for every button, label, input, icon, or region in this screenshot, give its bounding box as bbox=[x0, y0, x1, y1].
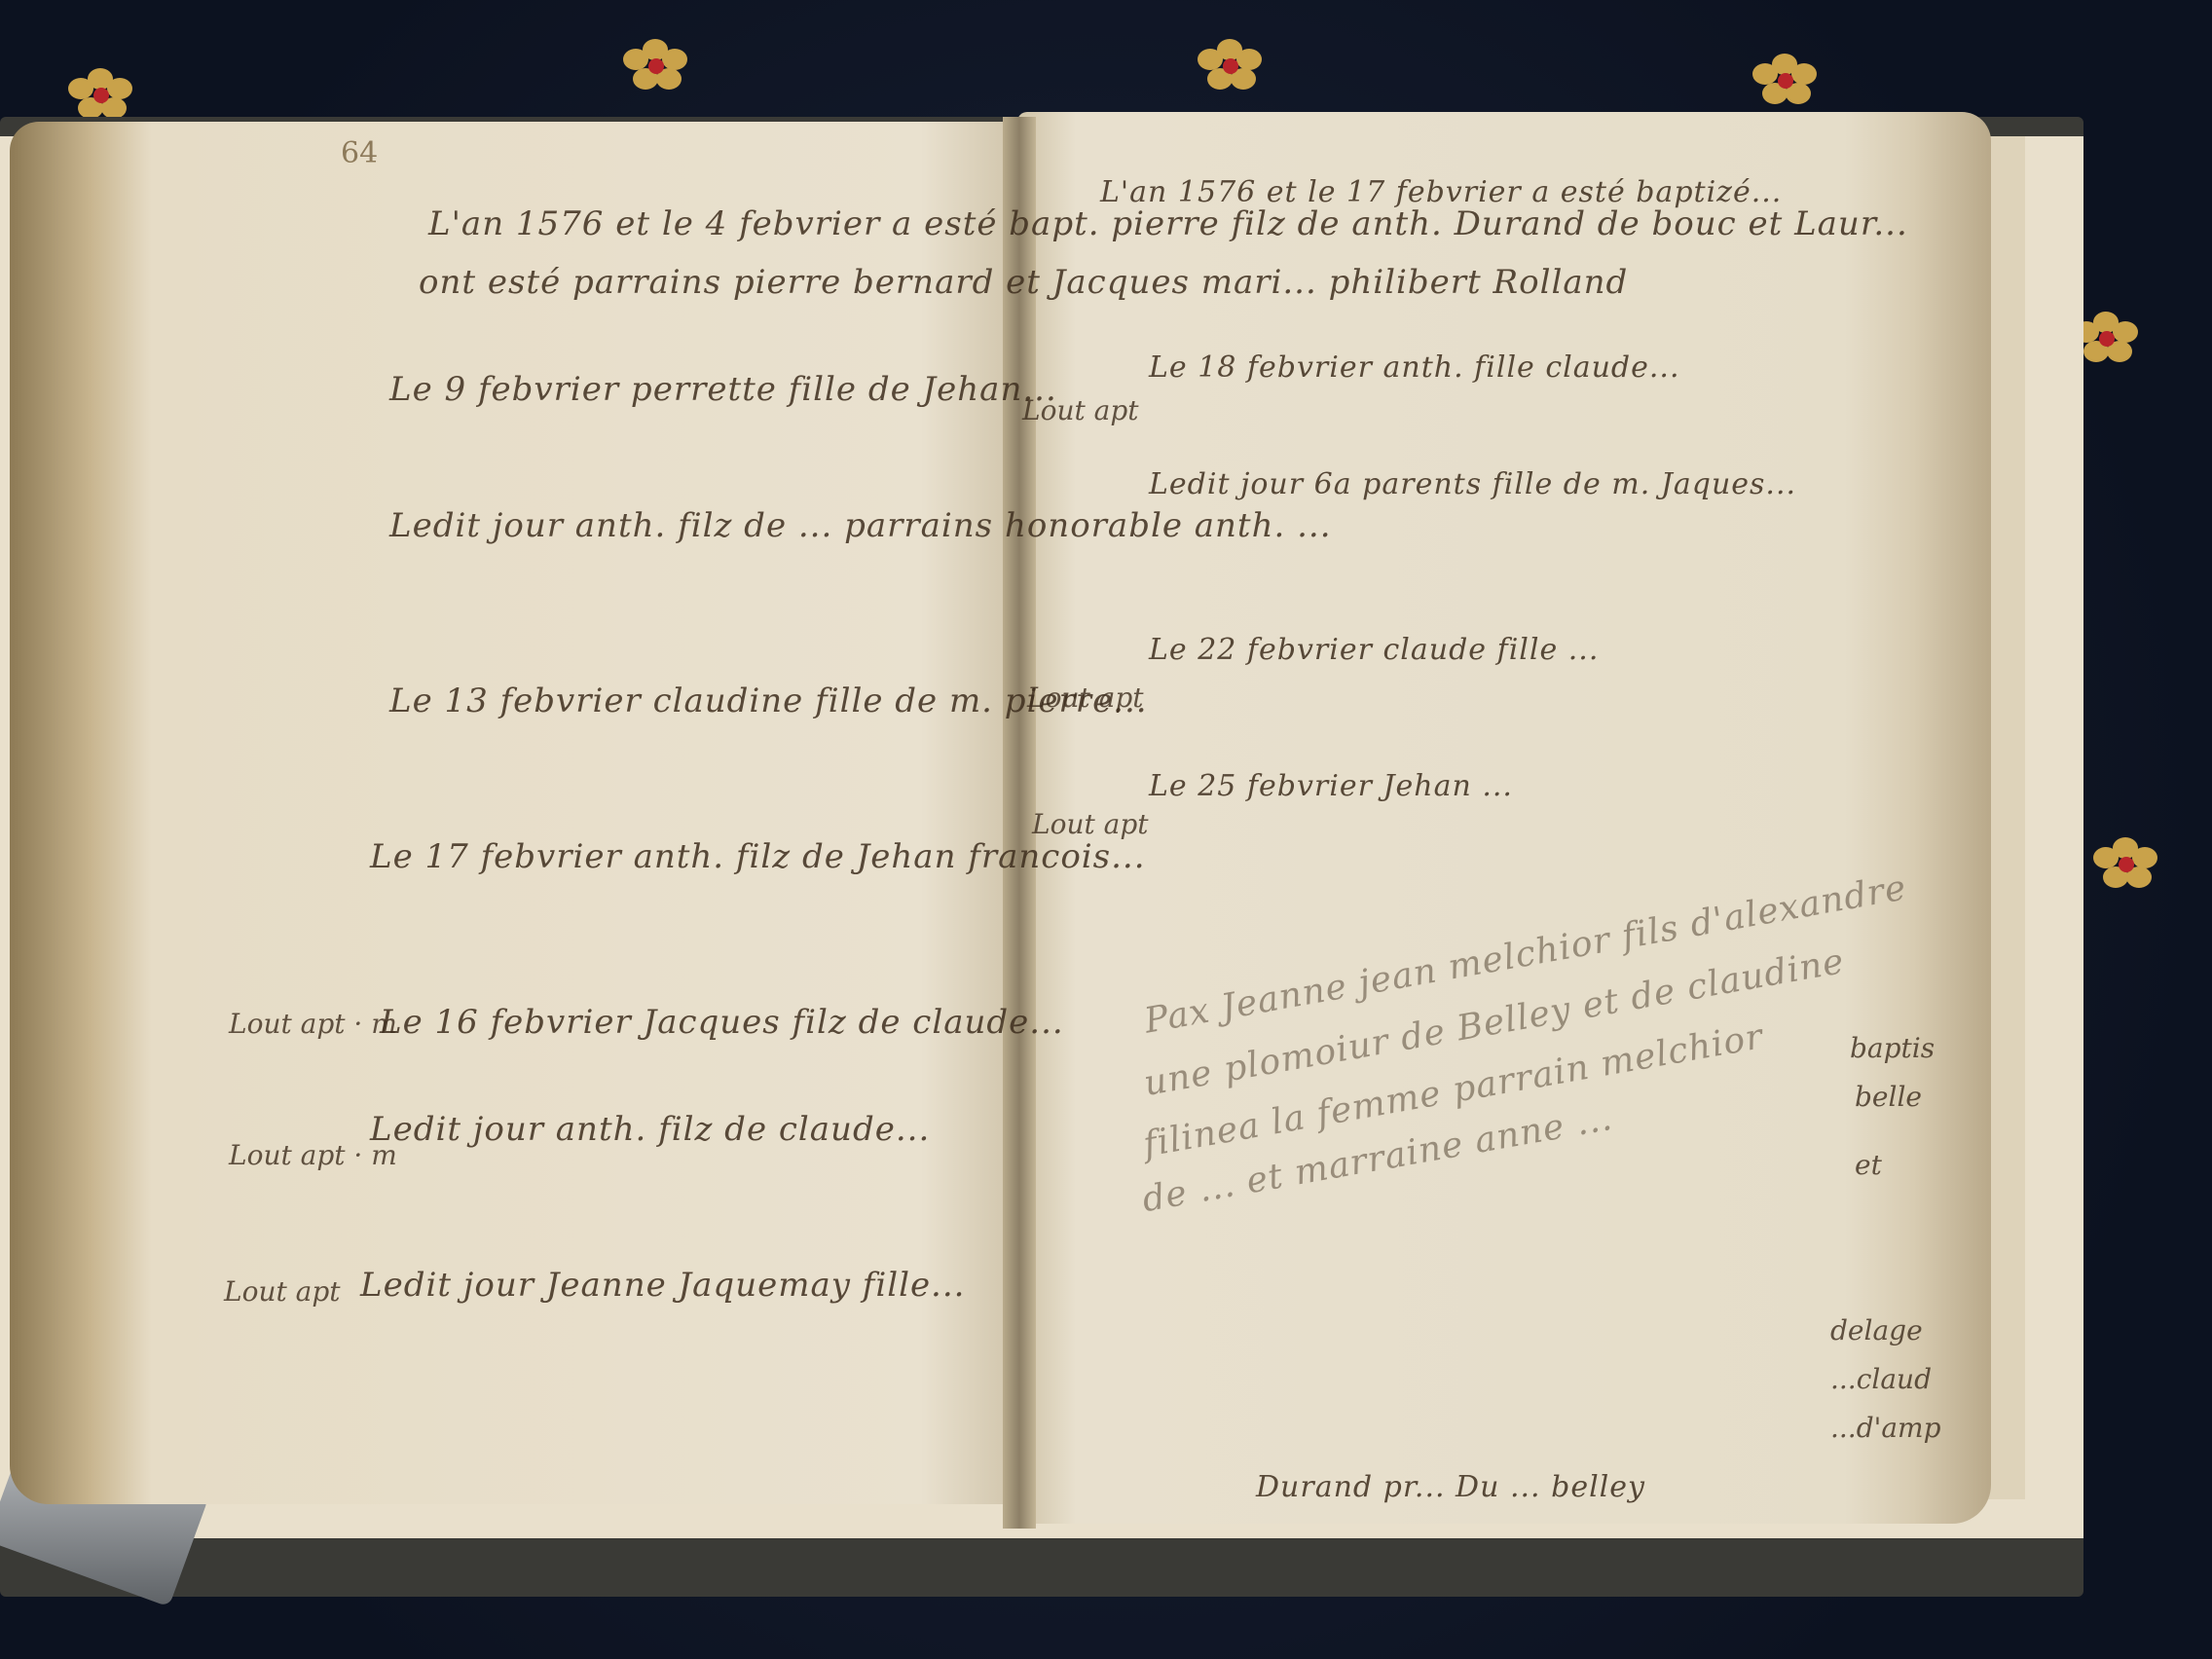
margin-note: Lout apt bbox=[224, 1275, 341, 1308]
entry: Le 16 febvrier Jacques filz de claude... bbox=[380, 1003, 1064, 1042]
entry: L'an 1576 et le 4 febvrier a esté bapt. … bbox=[428, 204, 1908, 243]
margin-note: Lout apt bbox=[1022, 394, 1139, 426]
edge-fragment: et bbox=[1855, 1149, 1882, 1181]
edge-fragment: ...claud bbox=[1830, 1363, 1932, 1395]
margin-note: Lout apt bbox=[1027, 682, 1144, 714]
entry: Ledit jour anth. filz de claude... bbox=[370, 1110, 930, 1149]
entry: Ledit jour anth. filz de ... parrains ho… bbox=[389, 506, 1332, 545]
margin-note: Lout apt · m bbox=[229, 1139, 397, 1171]
entry: Le 9 febvrier perrette fille de Jehan... bbox=[389, 370, 1057, 409]
entry: Ledit jour Jeanne Jaquemay fille... bbox=[360, 1266, 965, 1305]
entry: L'an 1576 et le 17 febvrier a esté bapti… bbox=[1100, 175, 1782, 209]
flower-motif bbox=[2093, 837, 2161, 896]
book-gutter bbox=[1003, 117, 1036, 1529]
flower-motif bbox=[1752, 54, 1821, 112]
entry: Le 25 febvrier Jehan ... bbox=[1149, 769, 1513, 803]
edge-fragment: ...d'amp bbox=[1830, 1412, 1941, 1444]
entry: Ledit jour 6a parents fille de m. Jaques… bbox=[1149, 467, 1796, 501]
edge-fragment: baptis bbox=[1850, 1032, 1935, 1064]
edge-fragment: belle bbox=[1855, 1081, 1922, 1113]
margin-note: Lout apt bbox=[1032, 808, 1149, 840]
flower-motif bbox=[1198, 39, 1266, 97]
entry: Le 17 febvrier anth. filz de Jehan franc… bbox=[370, 837, 1146, 876]
right-page bbox=[1017, 112, 1991, 1524]
page-number: 64 bbox=[341, 136, 378, 170]
flower-motif bbox=[2074, 312, 2142, 370]
entry: Le 18 febvrier anth. fille claude... bbox=[1149, 350, 1680, 385]
margin-note: Lout apt · m bbox=[229, 1008, 397, 1040]
edge-fragment: delage bbox=[1830, 1314, 1923, 1346]
entry: ont esté parrains pierre bernard et Jacq… bbox=[419, 263, 1628, 302]
entry: Le 22 febvrier claude fille ... bbox=[1149, 633, 1599, 667]
flower-motif bbox=[623, 39, 691, 97]
signature: Durand pr... Du ... belley bbox=[1256, 1470, 1645, 1504]
